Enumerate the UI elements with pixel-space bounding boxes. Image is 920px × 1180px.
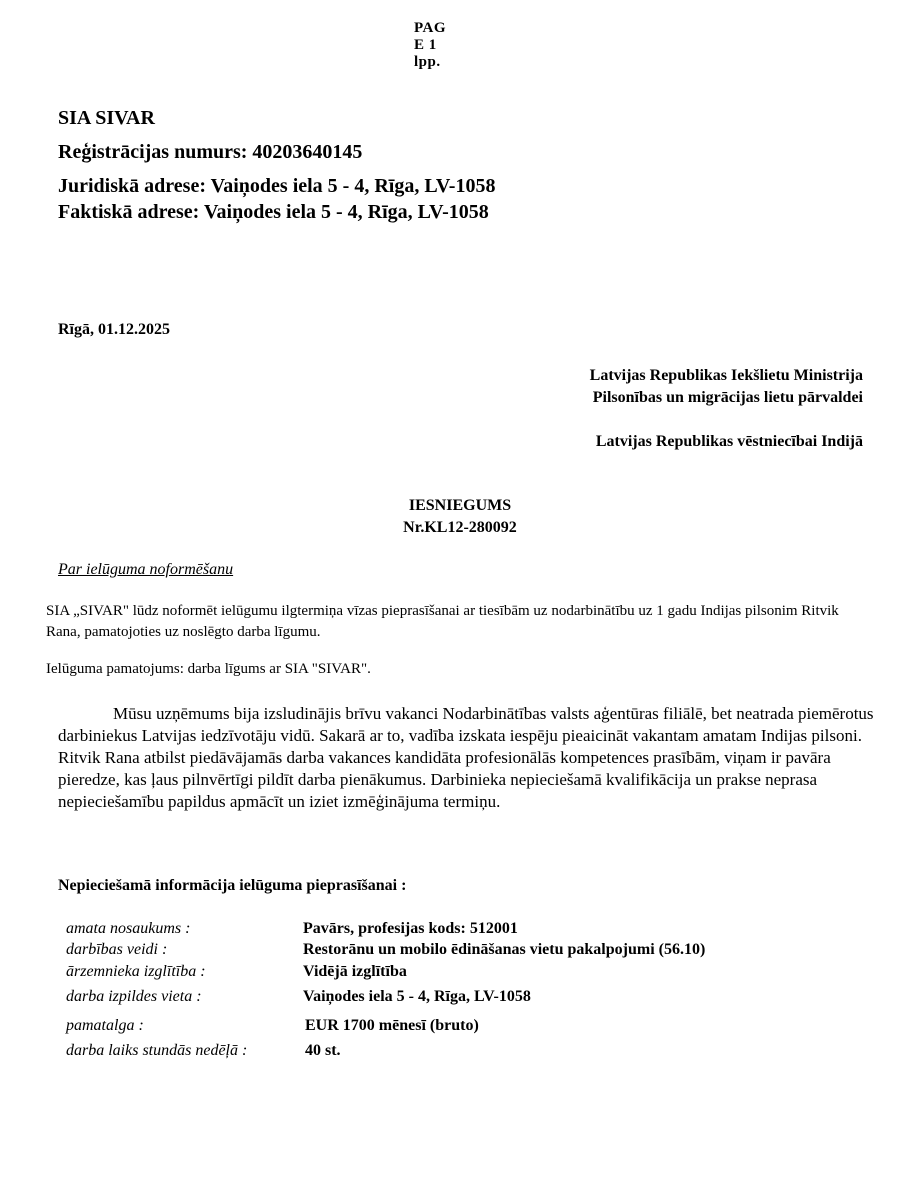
- justification-paragraph: Mūsu uzņēmums bija izsludinājis brīvu va…: [58, 703, 878, 813]
- info-label: darbības veidi :: [66, 941, 167, 959]
- recipient-block: Latvijas Republikas Iekšlietu Ministrija…: [590, 365, 863, 453]
- info-label: darba laiks stundās nedēļā :: [66, 1042, 247, 1060]
- info-value: 40 st.: [305, 1042, 341, 1060]
- request-paragraph: SIA „SIVAR" lūdz noformēt ielūgumu ilgte…: [46, 601, 866, 643]
- recipient-line: Latvijas Republikas Iekšlietu Ministrija: [590, 365, 863, 387]
- info-value: Pavārs, profesijas kods: 512001: [303, 920, 518, 938]
- document-subject: Par ielūguma noformēšanu: [58, 561, 233, 579]
- info-label: darba izpildes vieta :: [66, 988, 202, 1006]
- basis-paragraph: Ielūguma pamatojums: darba līgums ar SIA…: [46, 661, 371, 678]
- info-label: ārzemnieka izglītība :: [66, 963, 206, 981]
- place-and-date: Rīgā, 01.12.2025: [58, 321, 170, 339]
- document-title: IESNIEGUMS: [0, 495, 920, 517]
- spacer: [590, 409, 863, 431]
- page-number-label: PAG E 1 lpp.: [414, 20, 446, 71]
- legal-address: Juridiskā adrese: Vaiņodes iela 5 - 4, R…: [58, 175, 495, 198]
- info-label: amata nosaukums :: [66, 920, 190, 938]
- page-label-line: lpp.: [414, 54, 446, 71]
- recipient-line: Pilsonības un migrācijas lietu pārvaldei: [590, 387, 863, 409]
- page-label-line: E 1: [414, 37, 446, 54]
- info-value: Restorānu un mobilo ēdināšanas vietu pak…: [303, 941, 705, 959]
- document-number: Nr.KL12-280092: [0, 517, 920, 539]
- info-heading: Nepieciešamā informācija ielūguma piepra…: [58, 877, 406, 895]
- company-name: SIA SIVAR: [58, 107, 155, 130]
- info-label: pamatalga :: [66, 1017, 144, 1035]
- recipient-line: Latvijas Republikas vēstniecībai Indijā: [590, 431, 863, 453]
- registration-number: Reģistrācijas numurs: 40203640145: [58, 141, 362, 164]
- info-value: Vaiņodes iela 5 - 4, Rīga, LV-1058: [303, 988, 531, 1006]
- info-value: EUR 1700 mēnesī (bruto): [305, 1017, 479, 1035]
- actual-address: Faktiskā adrese: Vaiņodes iela 5 - 4, Rī…: [58, 201, 489, 224]
- page-label-line: PAG: [414, 20, 446, 37]
- document-title-block: IESNIEGUMS Nr.KL12-280092: [0, 495, 920, 539]
- info-value: Vidējā izglītība: [303, 963, 407, 981]
